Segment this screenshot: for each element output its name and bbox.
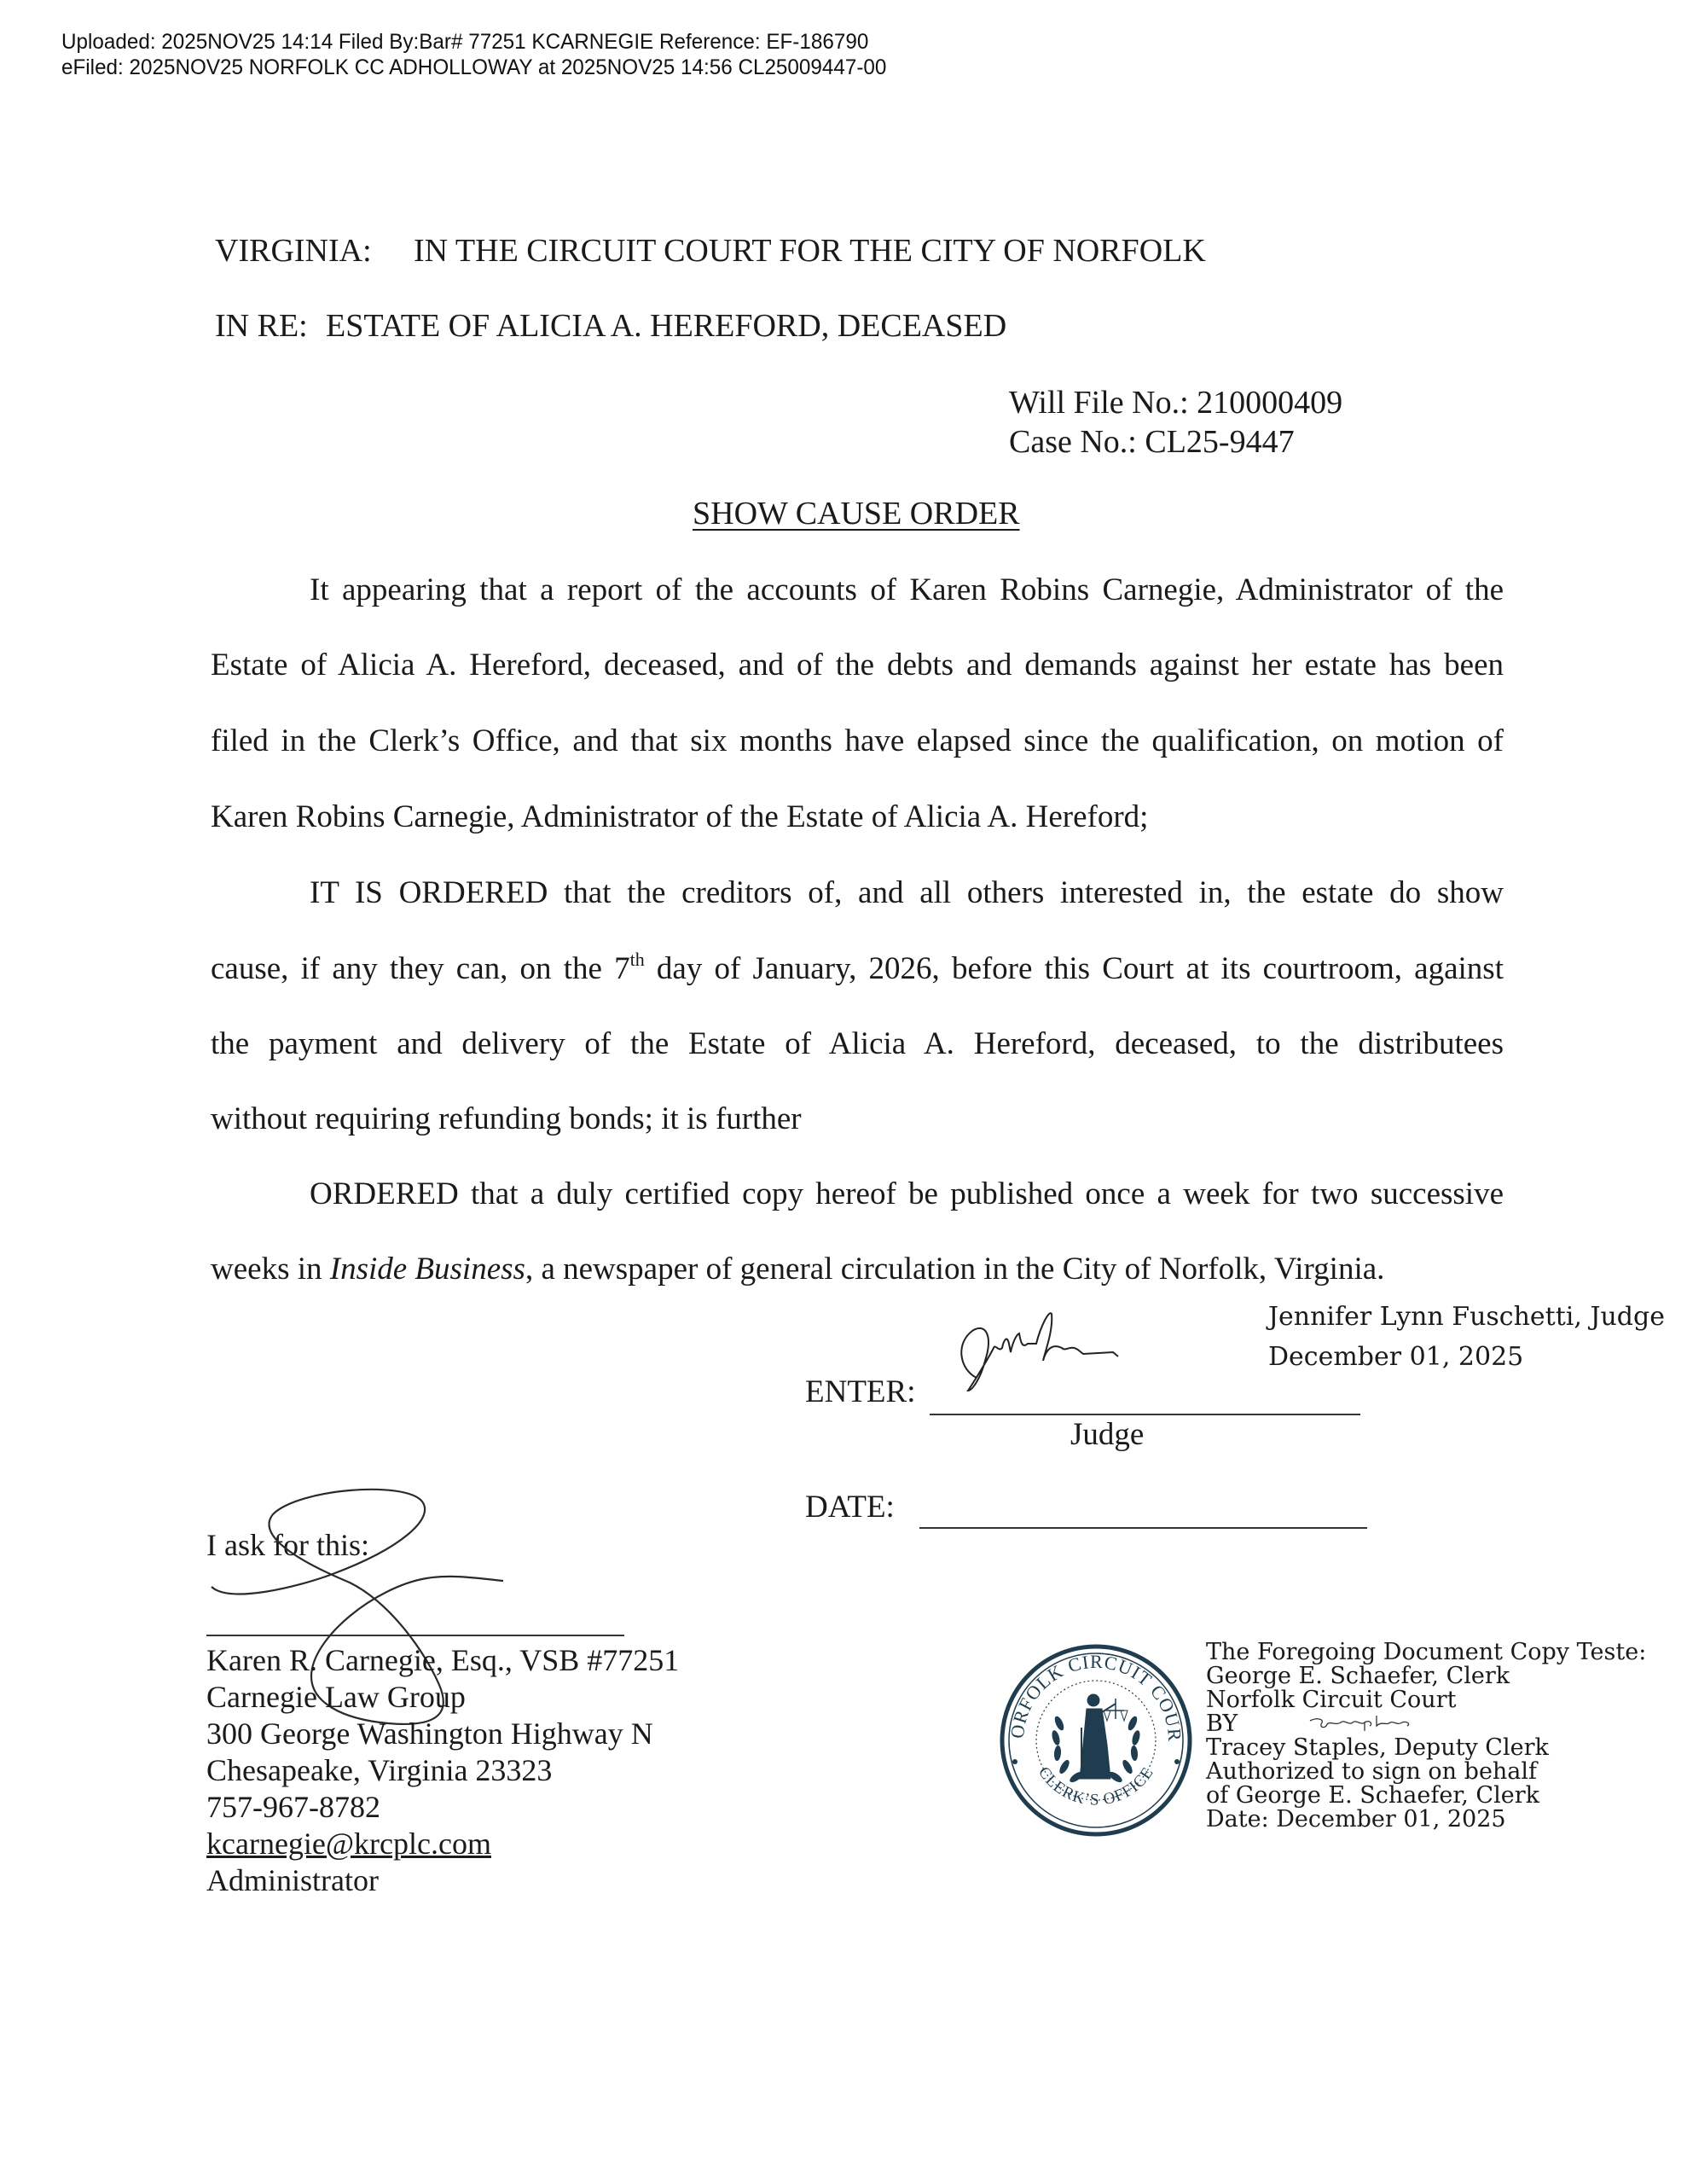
attorney-email[interactable]: kcarnegie@krcplc.com [206, 1826, 491, 1862]
teste-clerk-name: George E. Schaefer, Clerk [1206, 1664, 1646, 1688]
paragraph-3-line: ORDERED that a duly certified copy hereo… [211, 1176, 1504, 1215]
attorney-firm: Carnegie Law Group [206, 1679, 466, 1716]
judge-signature-icon [942, 1310, 1198, 1399]
paragraph-3-text: weeks in [211, 1252, 330, 1287]
paragraph-1-line: Karen Robins Carnegie, Administrator of … [211, 799, 1504, 838]
attorney-address-line2: Chesapeake, Virginia 23323 [206, 1752, 552, 1789]
attorney-role: Administrator [206, 1862, 379, 1899]
paragraph-1-line: It appearing that a report of the accoun… [211, 572, 1504, 611]
teste-authorization-cont: of George E. Schaefer, Clerk [1206, 1784, 1646, 1808]
teste-heading: The Foregoing Document Copy Teste: [1206, 1641, 1646, 1664]
teste-block: The Foregoing Document Copy Teste: Georg… [1206, 1641, 1646, 1832]
paragraph-2-line: the payment and delivery of the Estate o… [211, 1025, 1504, 1065]
paragraph-2-line: cause, if any they can, on the 7th day o… [211, 950, 1504, 990]
court-seal-icon: NORFOLK CIRCUIT COURT CLERK’S OFFICE [998, 1642, 1194, 1838]
teste-court-name: Norfolk Circuit Court [1206, 1688, 1646, 1712]
newspaper-name: Inside Business [330, 1252, 525, 1287]
attorney-address-line1: 300 George Washington Highway N [206, 1716, 653, 1752]
caption-estate: ESTATE OF ALICIA A. HEREFORD, DECEASED [326, 307, 1006, 345]
teste-date: Date: December 01, 2025 [1206, 1808, 1646, 1832]
attorney-email-link[interactable]: kcarnegie@krcplc.com [206, 1827, 491, 1861]
teste-deputy-clerk: Tracey Staples, Deputy Clerk [1206, 1736, 1646, 1760]
date-signature-line [919, 1527, 1367, 1529]
attorney-name: Karen R. Carnegie, Esq., VSB #77251 [206, 1642, 679, 1679]
paragraph-2-line: IT IS ORDERED that the creditors of, and… [211, 874, 1504, 914]
judge-signature-line [930, 1414, 1360, 1415]
caption-in-re-label: IN RE: [215, 307, 308, 345]
deputy-clerk-signature-icon [1308, 1714, 1415, 1733]
paragraph-1-line: filed in the Clerk’s Office, and that si… [211, 723, 1504, 762]
teste-by-label: BY [1206, 1711, 1238, 1737]
filing-stamp-upload-line: Uploaded: 2025NOV25 14:14 Filed By:Bar# … [61, 29, 868, 55]
paragraph-3-line: weeks in Inside Business, a newspaper of… [211, 1251, 1504, 1290]
judge-label: Judge [1070, 1416, 1144, 1453]
ordinal-suffix: th [630, 949, 645, 970]
teste-authorization: Authorized to sign on behalf [1206, 1760, 1646, 1784]
date-label: DATE: [805, 1489, 895, 1525]
case-number: Case No.: CL25-9447 [1009, 421, 1295, 462]
caption-state: VIRGINIA: [215, 232, 372, 270]
paragraph-3-text: , a newspaper of general circulation in … [525, 1252, 1384, 1287]
paragraph-1-line: Estate of Alicia A. Hereford, deceased, … [211, 647, 1504, 686]
attorney-phone: 757-967-8782 [206, 1789, 380, 1826]
will-file-number: Will File No.: 210000409 [1009, 382, 1342, 423]
caption-court: IN THE CIRCUIT COURT FOR THE CITY OF NOR… [414, 232, 1206, 270]
paragraph-2-text: day of January, 2026, before this Court … [645, 951, 1504, 986]
filing-stamp-efiled-line: eFiled: 2025NOV25 NORFOLK CC ADHOLLOWAY … [61, 55, 886, 80]
judge-esign-name: Jennifer Lynn Fuschetti, Judge [1268, 1297, 1665, 1337]
teste-by-line: BY [1206, 1712, 1646, 1736]
paragraph-2-line: without requiring refunding bonds; it is… [211, 1101, 1504, 1140]
judge-esign-date: December 01, 2025 [1268, 1337, 1523, 1377]
document-title: SHOW CAUSE ORDER [693, 495, 1020, 532]
enter-label: ENTER: [805, 1374, 915, 1410]
paragraph-2-text: cause, if any they can, on the 7 [211, 951, 630, 986]
